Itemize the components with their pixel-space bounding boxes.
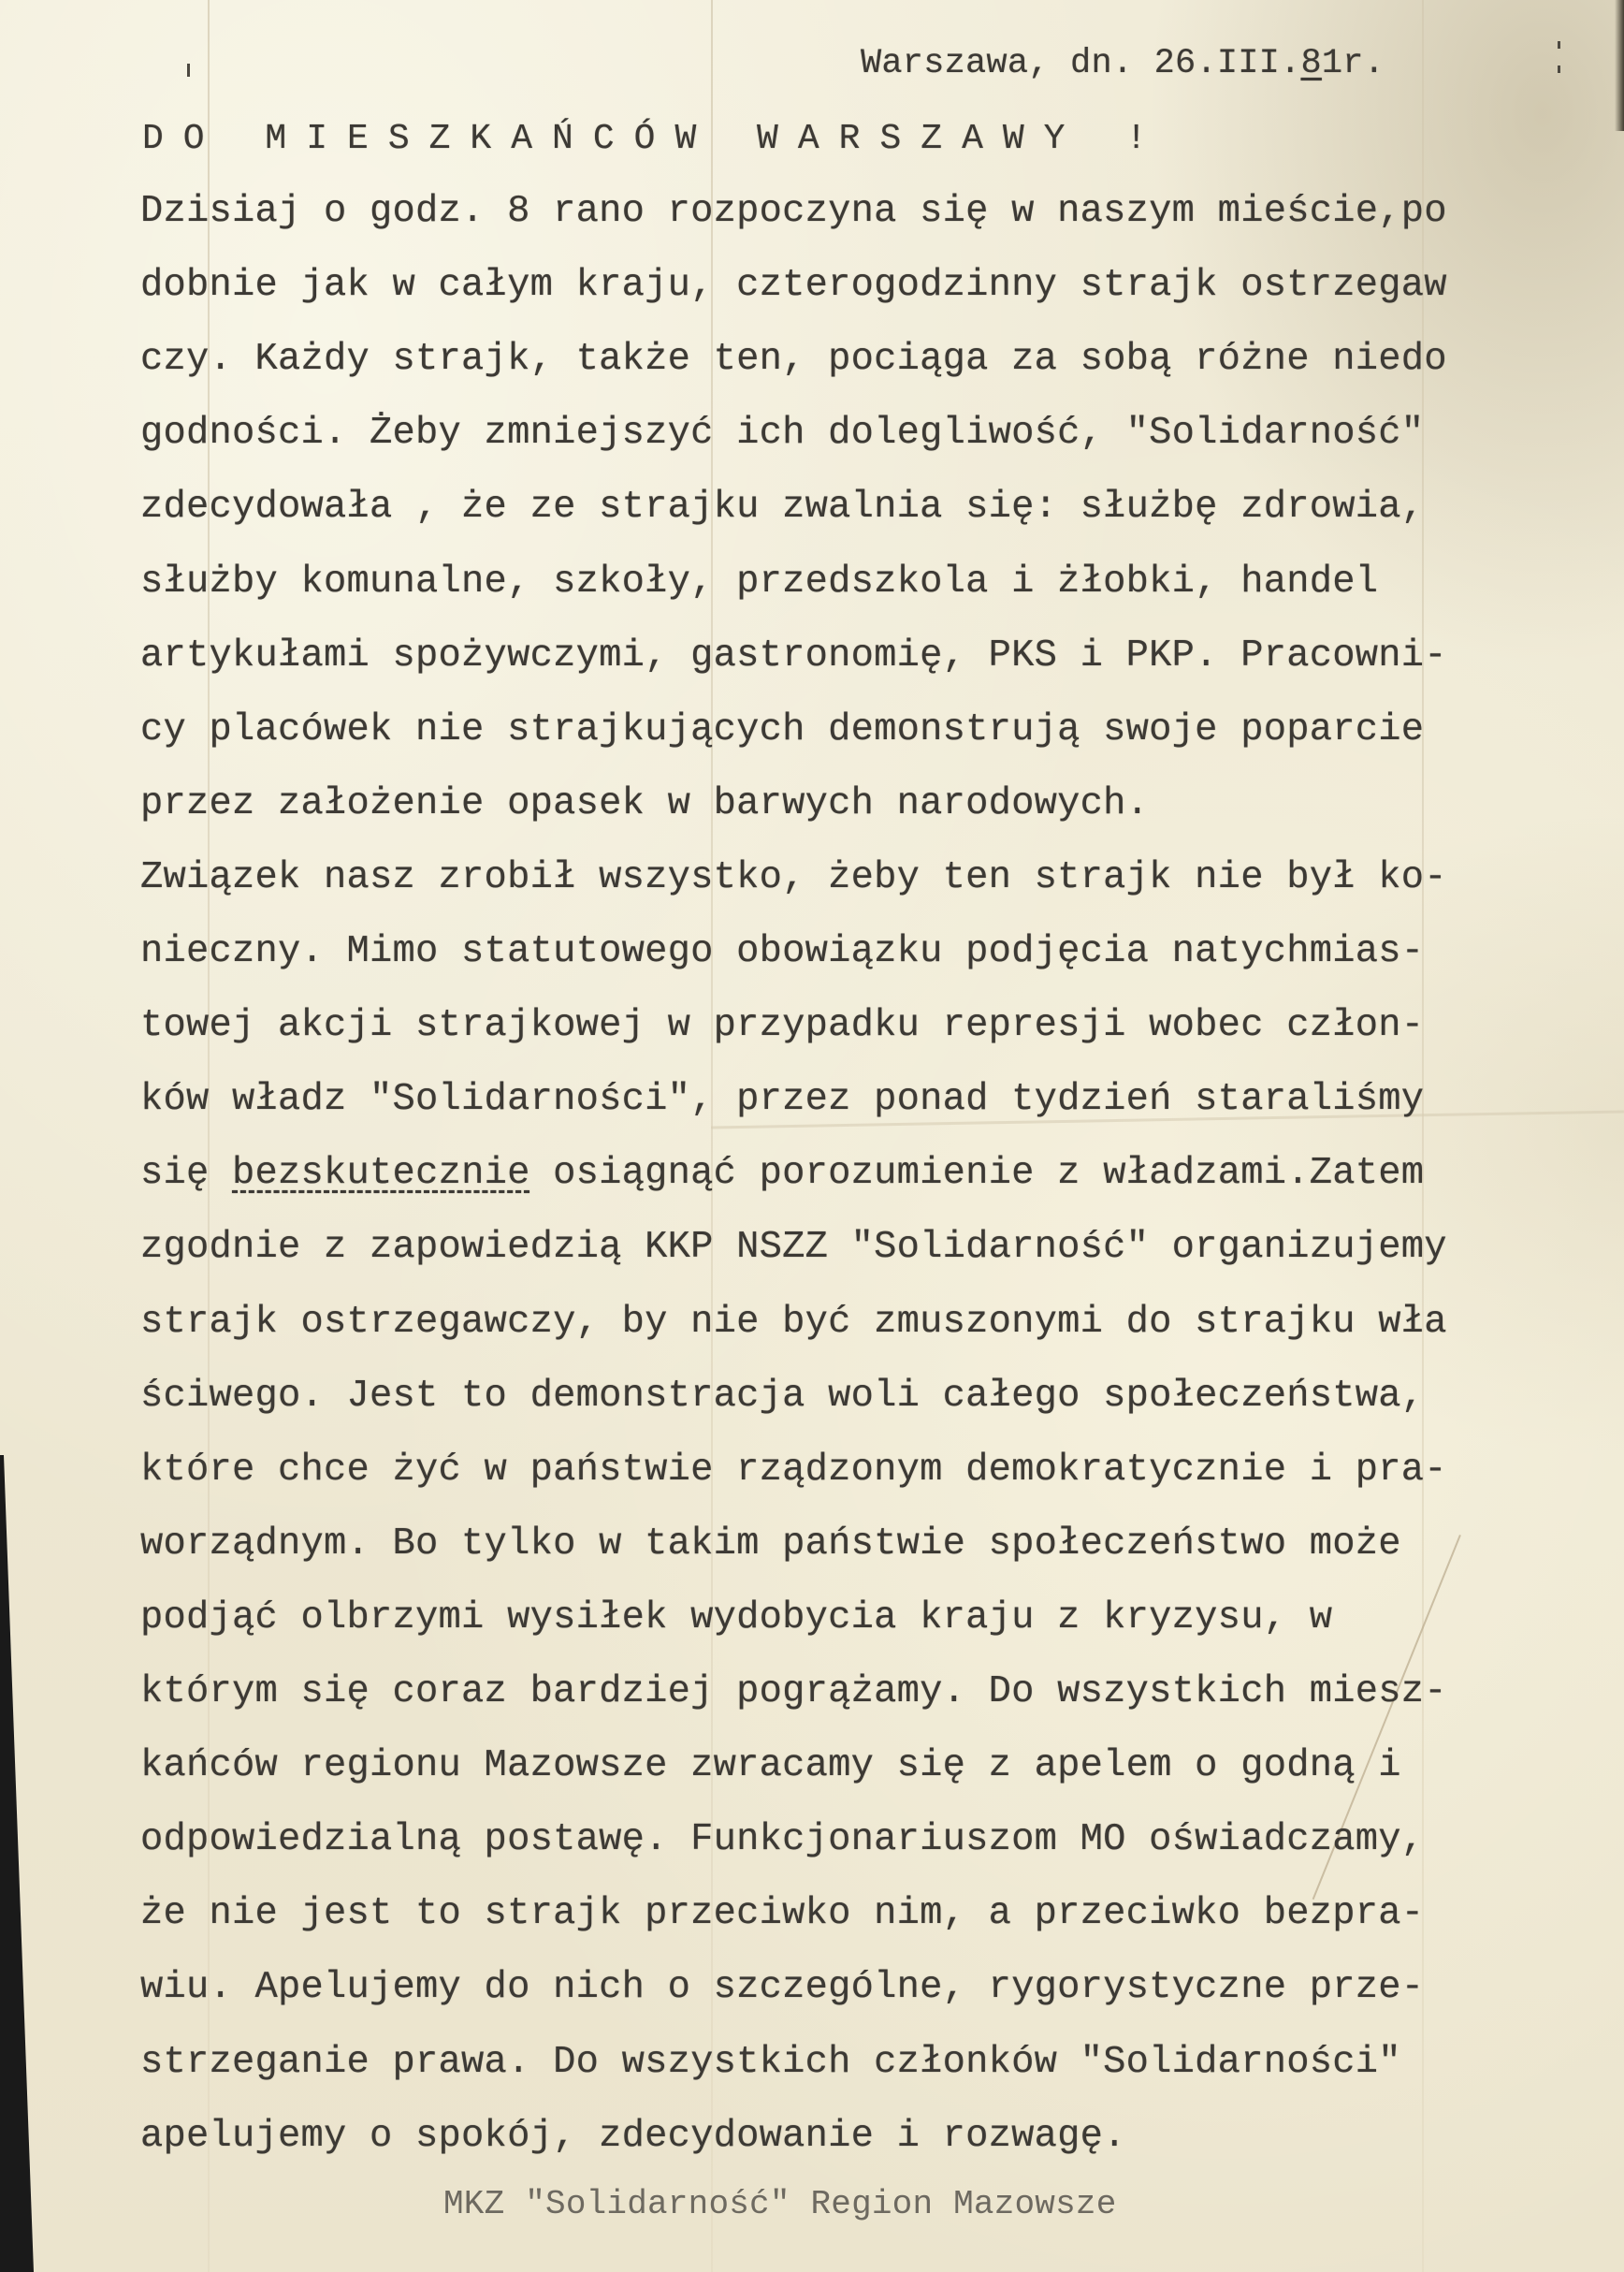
body-line: które chce żyć w państwie rządzonym demo… (140, 1451, 1447, 1490)
body-line: służby komunalne, szkoły, przedszkola i … (140, 563, 1378, 602)
typewriter-mark (1558, 41, 1560, 49)
body-line: że nie jest to strajk przeciwko nim, a p… (140, 1895, 1424, 1933)
body-line: się bezskutecznie osiągnąć porozumienie … (140, 1155, 1424, 1193)
body-line: czy. Każdy strajk, także ten, pociąga za… (140, 341, 1447, 379)
typewriter-mark (187, 64, 190, 77)
body-line: strzeganie prawa. Do wszystkich członków… (140, 2044, 1401, 2082)
body-line: zdecydowała , że ze strajku zwalnia się:… (140, 488, 1424, 527)
body-line: artykułami spożywczymi, gastronomię, PKS… (140, 637, 1447, 676)
body-line: którym się coraz bardziej pogrążamy. Do … (140, 1673, 1447, 1711)
date-prefix: Warszawa, dn. 26.III. (861, 44, 1300, 83)
body-line: cy placówek nie strajkujących demonstruj… (140, 711, 1424, 750)
body-line: podjąć olbrzymi wysiłek wydobycia kraju … (140, 1599, 1332, 1638)
signature: MKZ "Solidarność" Region Mazowsze (443, 2188, 1117, 2221)
body-line: zgodnie z zapowiedzią KKP NSZZ "Solidarn… (140, 1229, 1447, 1267)
body-line: ściwego. Jest to demonstracja woli całeg… (140, 1377, 1424, 1416)
body-line: Dzisiaj o godz. 8 rano rozpoczyna się w … (140, 193, 1447, 231)
leaflet-title: DO MIESZKAŃCÓW WARSZAWY ! (142, 122, 1167, 157)
date-year-underlined-digit: 8 (1300, 44, 1321, 83)
body-line: strajk ostrzegawczy, by nie być zmuszony… (140, 1303, 1447, 1342)
scan-edge-shadow (1615, 0, 1624, 131)
body-line: ków władz "Solidarności", przez ponad ty… (140, 1081, 1424, 1119)
body-text-segment: osiągnąć porozumienie z władzami.Zatem (530, 1152, 1425, 1195)
body-line: przez założenie opasek w barwych narodow… (140, 785, 1149, 823)
place-and-date: Warszawa, dn. 26.III.81r. (861, 47, 1385, 81)
body-line: godności. Żeby zmniejszyć ich dolegliwoś… (140, 415, 1424, 453)
body-line: towej akcji strajkowej w przypadku repre… (140, 1007, 1424, 1045)
body-line: apelujemy o spokój, zdecydowanie i rozwa… (140, 2118, 1126, 2156)
body-line: dobnie jak w całym kraju, czterogodzinny… (140, 267, 1447, 305)
underlined-word: bezskutecznie (232, 1152, 530, 1195)
body-line: odpowiedzialną postawę. Funkcjonariuszom… (140, 1821, 1424, 1859)
body-line: nieczny. Mimo statutowego obowiązku podj… (140, 933, 1424, 971)
body-line: worządnym. Bo tylko w takim państwie spo… (140, 1525, 1401, 1564)
body-line: wiu. Apelujemy do nich o szczególne, ryg… (140, 1969, 1424, 2007)
body-text-segment: się (140, 1152, 232, 1195)
date-suffix: 1r. (1322, 44, 1385, 83)
body-line: kańców regionu Mazowsze zwracamy się z a… (140, 1747, 1401, 1785)
typewriter-mark (1558, 66, 1560, 73)
body-line: Związek nasz zrobił wszystko, żeby ten s… (140, 859, 1447, 897)
